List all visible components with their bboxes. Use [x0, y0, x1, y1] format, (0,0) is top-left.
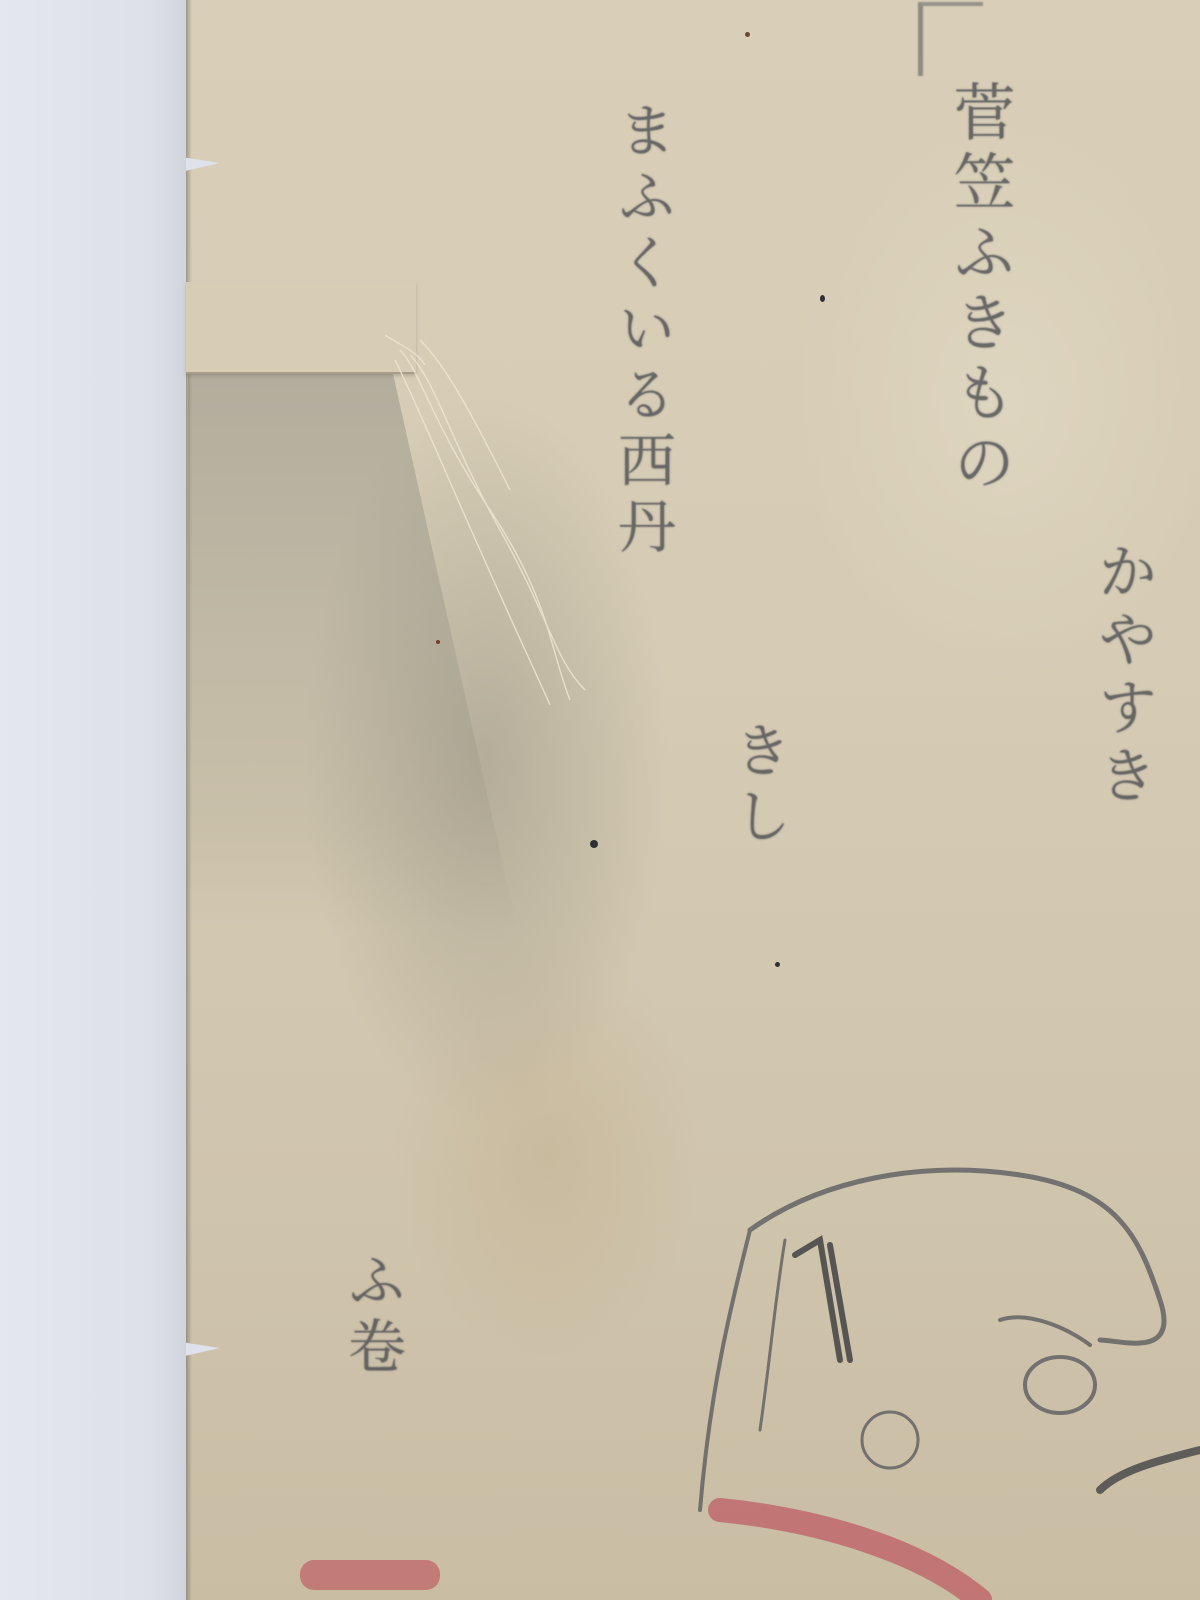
calligraphy-column-right: 菅笠ふきもの — [935, 80, 1024, 500]
calligraphy-column-ornament: きし — [716, 720, 800, 852]
calligraphy-column-bottom-left: ふ卷 — [330, 1250, 414, 1382]
ink-speck — [436, 640, 440, 644]
calligraphy-column-far-right: かやすき — [1080, 540, 1166, 812]
bracket-mark — [918, 2, 983, 76]
ink-speck — [775, 962, 780, 967]
ink-speck — [820, 295, 825, 302]
loose-paper-fibers — [380, 330, 600, 710]
figure-drawing — [600, 1130, 1200, 1600]
red-pigment-stroke — [300, 1560, 440, 1590]
white-backdrop — [0, 0, 190, 1600]
ink-speck — [590, 840, 598, 848]
calligraphy-column-middle: まふくいる西丹 — [600, 100, 684, 562]
ink-speck — [745, 32, 750, 37]
